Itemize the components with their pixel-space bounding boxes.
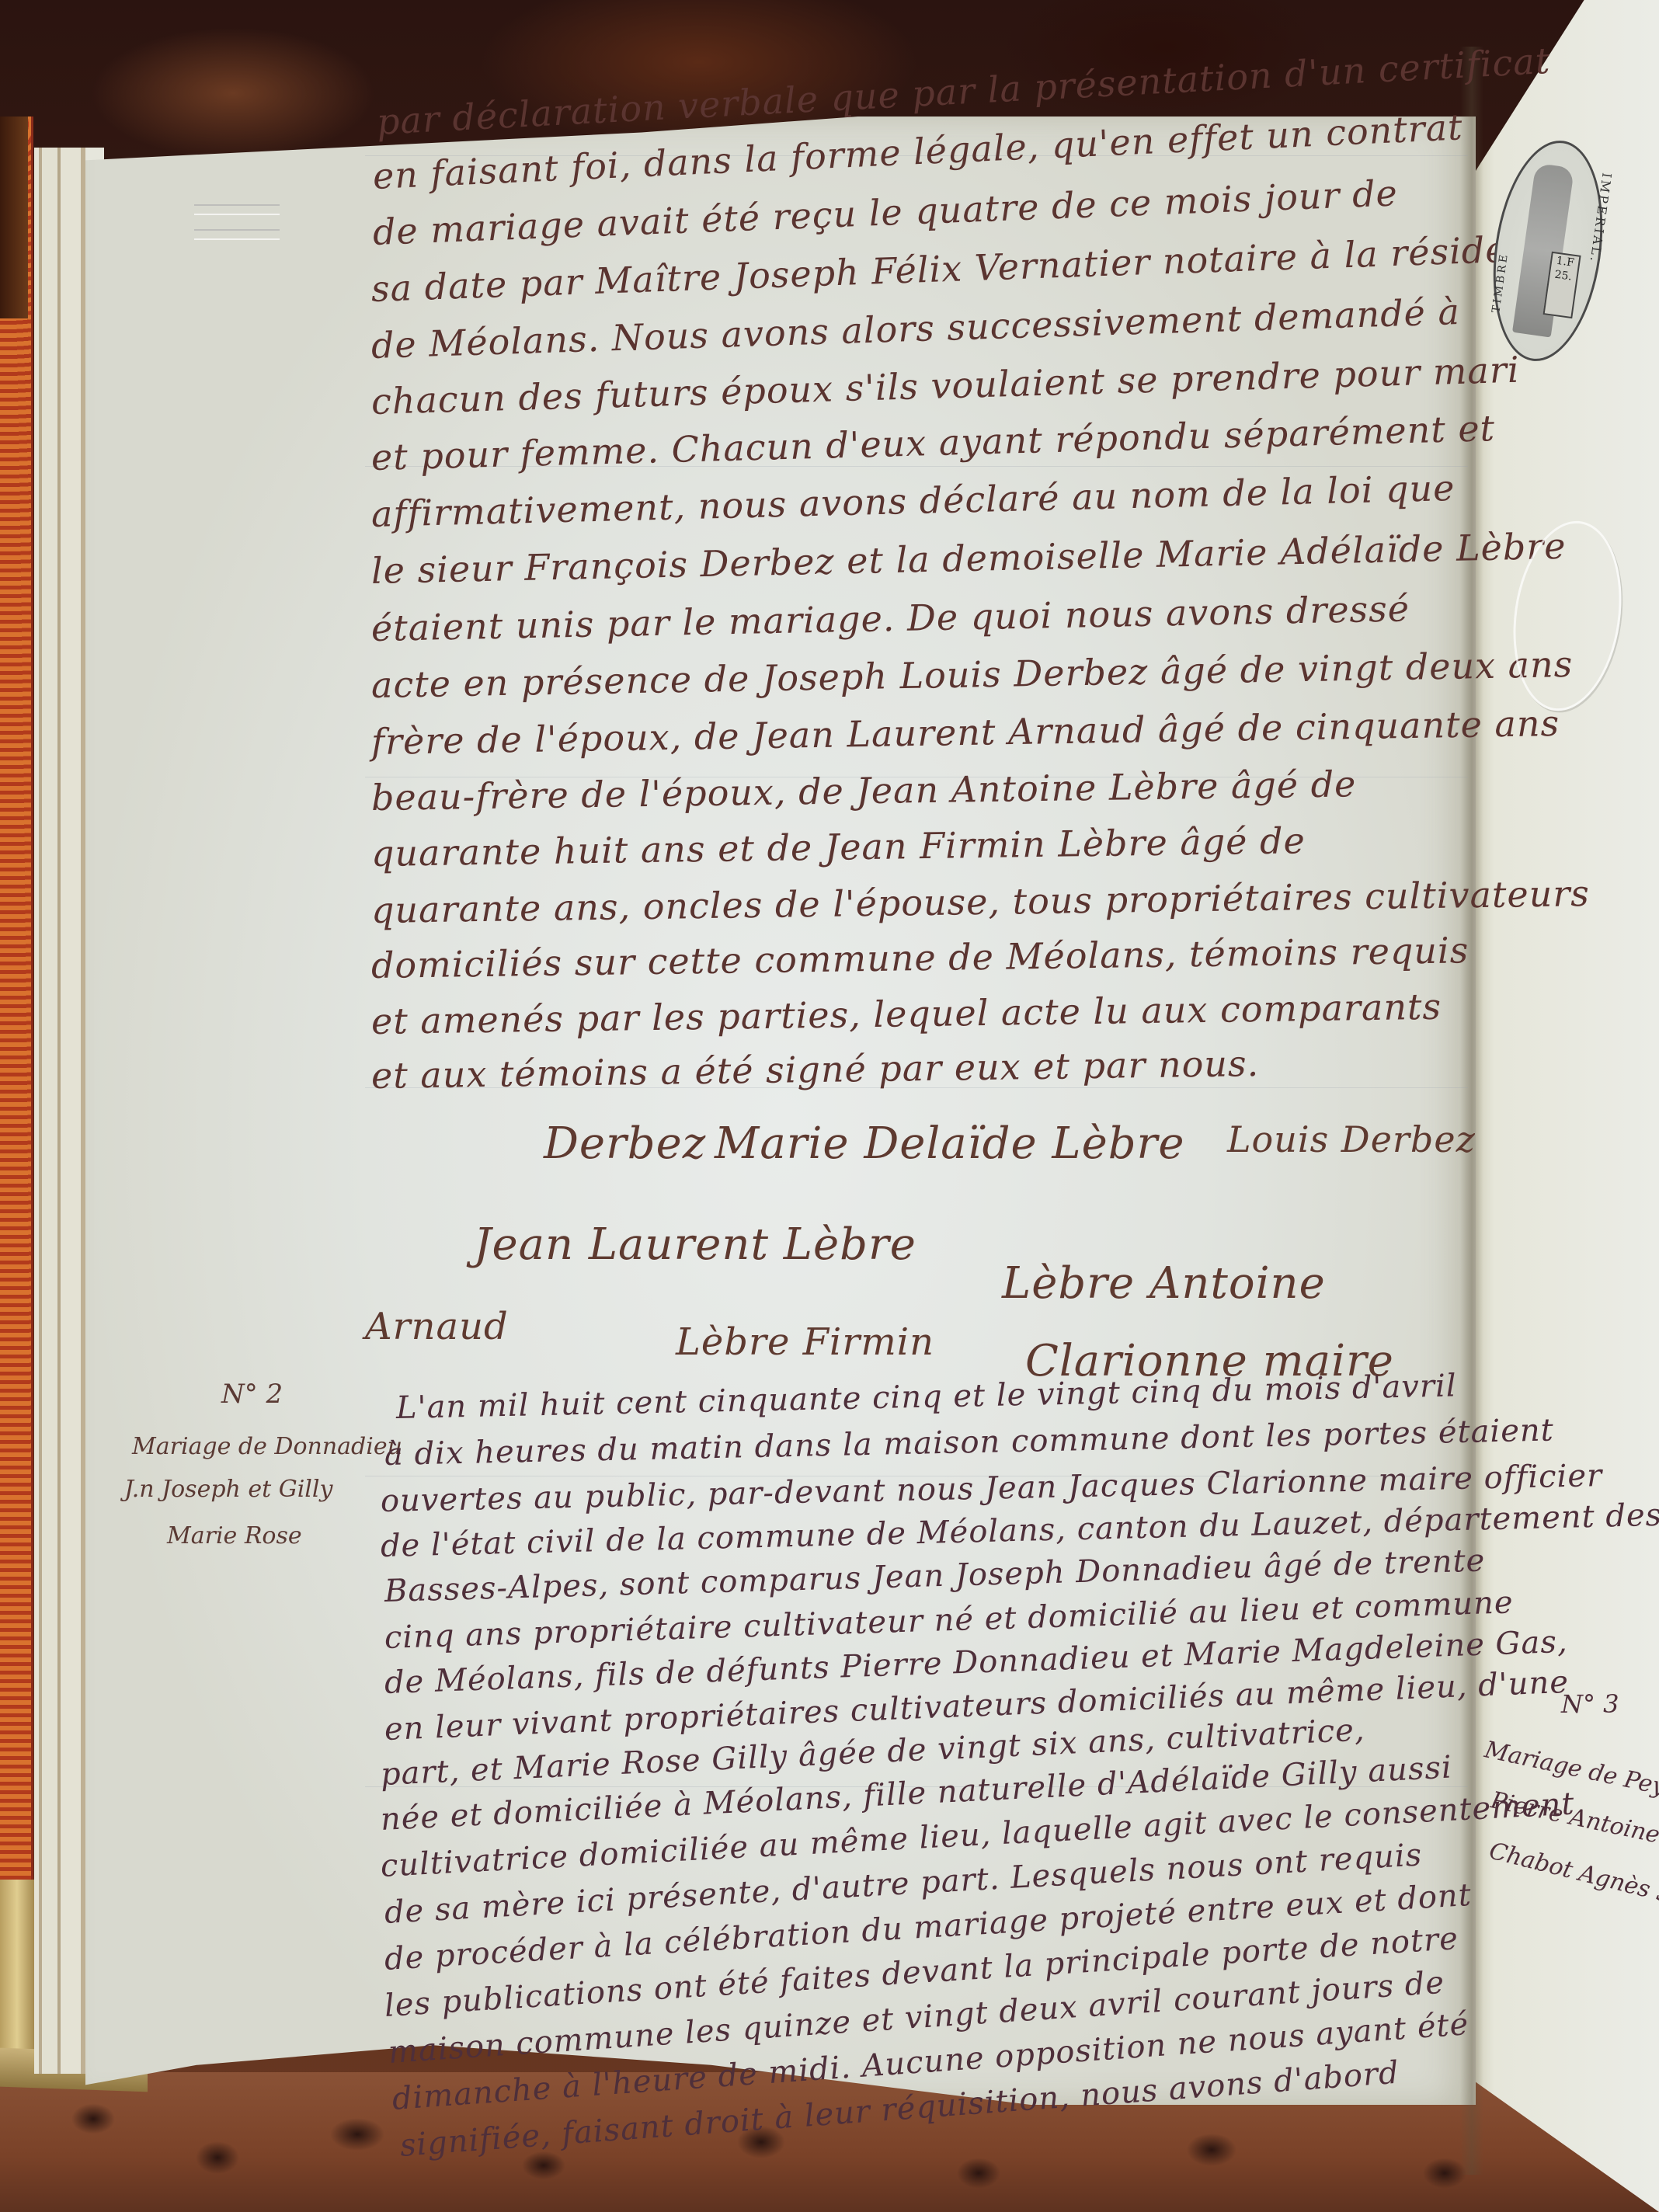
margin-note-line: Mariage de Donnadieu: [132, 1433, 402, 1460]
signature: Derbez: [544, 1118, 706, 1169]
stamp-text-timbre: TIMBRE: [1490, 252, 1511, 314]
signature: Jean Laurent Lèbre: [474, 1219, 916, 1270]
signature: Arnaud: [365, 1305, 509, 1348]
act-number: N° 3: [1561, 1689, 1619, 1719]
scanned-register-photo: par déclaration verbale que par la prése…: [0, 0, 1659, 2212]
signature: Marie Delaïde Lèbre: [715, 1118, 1184, 1169]
signature: Lèbre Antoine: [1002, 1258, 1326, 1309]
signature: Louis Derbez: [1227, 1118, 1476, 1160]
book-edge-marbled: [0, 117, 33, 2105]
blind-emboss-remnant: [194, 190, 280, 254]
act-number: N° 2: [221, 1379, 283, 1410]
margin-note-line: J.n Joseph et Gilly: [124, 1476, 332, 1503]
margin-note-line: Marie Rose: [167, 1522, 302, 1549]
binding-corner-top: [0, 117, 28, 318]
signature: Lèbre Firmin: [676, 1320, 934, 1364]
